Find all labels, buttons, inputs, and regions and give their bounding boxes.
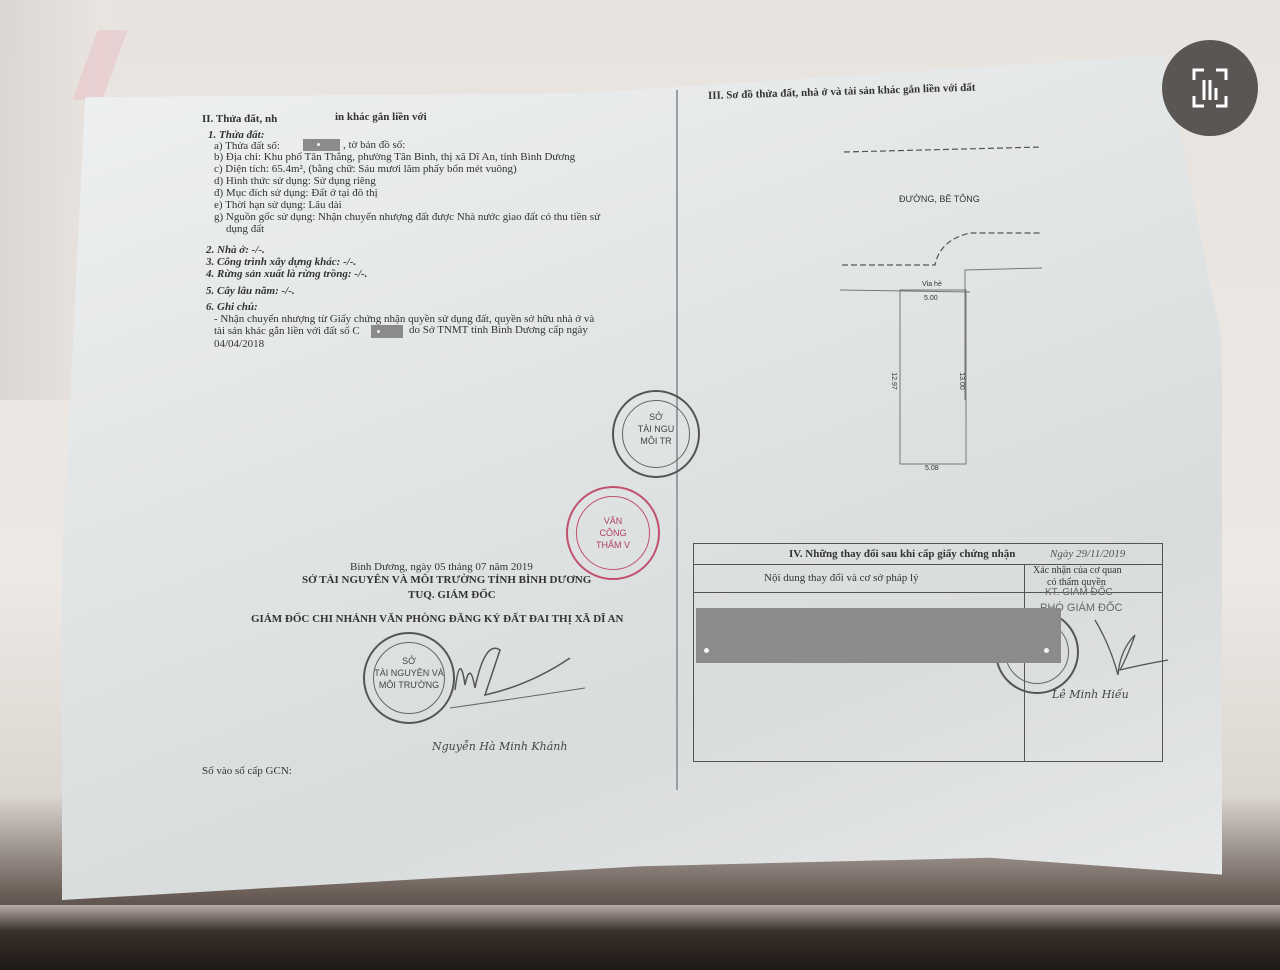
road-label: ĐƯỜNG, BÊ TÔNG <box>899 193 980 205</box>
item-house: 2. Nhà ở: -/-. <box>206 244 265 256</box>
item-notes: 6. Ghi chú: <box>206 301 258 313</box>
red-office-stamp: VĂN CÔNG THẨM V <box>566 486 660 580</box>
red-stamp-line2: CÔNG <box>568 528 658 538</box>
fold-stamp-line2: TÀI NGU <box>614 424 698 434</box>
redacted-certificate-number <box>371 325 403 338</box>
note-line-2a: tài sản khác gắn liền với đất số C <box>214 325 360 337</box>
dim-left: 12.97 <box>887 372 899 390</box>
note-line-3: 04/04/2018 <box>214 338 264 350</box>
section-ii-heading-left: II. Thửa đất, nh <box>202 113 277 125</box>
map-sheet-label: , tờ bản đồ số: <box>343 139 405 151</box>
red-stamp-line3: THẨM V <box>568 540 658 550</box>
usage-form-line: d) Hình thức sử dụng: Sử dụng riêng <box>214 175 376 187</box>
issue-date-line: Bình Dương, ngày 05 tháng 07 năm 2019 <box>350 561 533 573</box>
origin-line: g) Nguồn gốc sử dụng: Nhận chuyển nhượng… <box>214 211 600 223</box>
fold-stamp-line1: SỞ <box>614 412 698 422</box>
note-line-2b: do Sở TNMT tỉnh Bình Dương cấp ngày <box>409 324 588 336</box>
deputy-signed-name: Lê Minh Hiếu <box>1052 688 1129 701</box>
usage-term-line: e) Thời hạn sử dụng: Lâu dài <box>214 199 342 211</box>
usage-purpose-line: đ) Mục đích sử dụng: Đất ở tại đô thị <box>214 187 378 199</box>
item-perennial-trees: 5. Cây lâu năm: -/-. <box>206 285 295 297</box>
redacted-change-content <box>696 608 1061 663</box>
dim-right: 13.00 <box>955 372 967 390</box>
scan-text-button[interactable] <box>1162 40 1258 136</box>
director-signed-name: Nguyễn Hà Minh Khánh <box>432 740 567 753</box>
item-other-construction: 3. Công trình xây dựng khác: -/-. <box>206 256 356 268</box>
issuing-department: SỞ TÀI NGUYÊN VÀ MÔI TRƯỜNG TỈNH BÌNH DƯ… <box>302 574 591 586</box>
change-content-header: Nội dung thay đổi và cơ sở pháp lý <box>764 572 919 584</box>
table-edge <box>0 905 1280 970</box>
fold-seal-stamp: SỞ TÀI NGU MÔI TR <box>612 390 700 478</box>
director-signature-scribble <box>440 640 590 710</box>
sidewalk-label: Vỉa hè <box>922 279 942 291</box>
dim-top: 5.00 <box>924 293 938 305</box>
address-line: b) Địa chỉ: Khu phố Tân Thắng, phường Tâ… <box>214 151 575 163</box>
scan-text-icon <box>1162 40 1258 136</box>
section-iv-heading: IV. Những thay đổi sau khi cấp giấy chứn… <box>789 548 1015 560</box>
tuq-director: TUQ. GIÁM ĐỐC <box>408 589 496 601</box>
section-ii-heading-right: in khác gắn liền với <box>335 111 427 123</box>
register-number-label: Số vào sổ cấp GCN: <box>202 765 292 777</box>
dim-bottom: 5.08 <box>925 463 939 475</box>
branch-director-title: GIÁM ĐỐC CHI NHÁNH VĂN PHÒNG ĐĂNG KÝ ĐẤT… <box>251 613 624 625</box>
authority-header-1: Xác nhận của cơ quan <box>1033 565 1122 577</box>
land-plot-diagram <box>830 140 1050 480</box>
kt-director-stamp: KT. GIÁM ĐỐC <box>1045 587 1113 599</box>
deputy-signature-scribble <box>1090 615 1170 685</box>
red-stamp-line1: VĂN <box>568 516 658 526</box>
origin-line-cont: dụng đất <box>226 223 264 235</box>
item-planted-forest: 4. Rừng sản xuất là rừng trồng: -/-. <box>206 268 367 280</box>
area-line: c) Diện tích: 65.4m², (bằng chữ: Sáu mươ… <box>214 163 517 175</box>
handwritten-change-date: Ngày 29/11/2019 <box>1050 548 1125 560</box>
redacted-parcel-number <box>303 139 340 151</box>
fold-stamp-line3: MÔI TR <box>614 436 698 446</box>
